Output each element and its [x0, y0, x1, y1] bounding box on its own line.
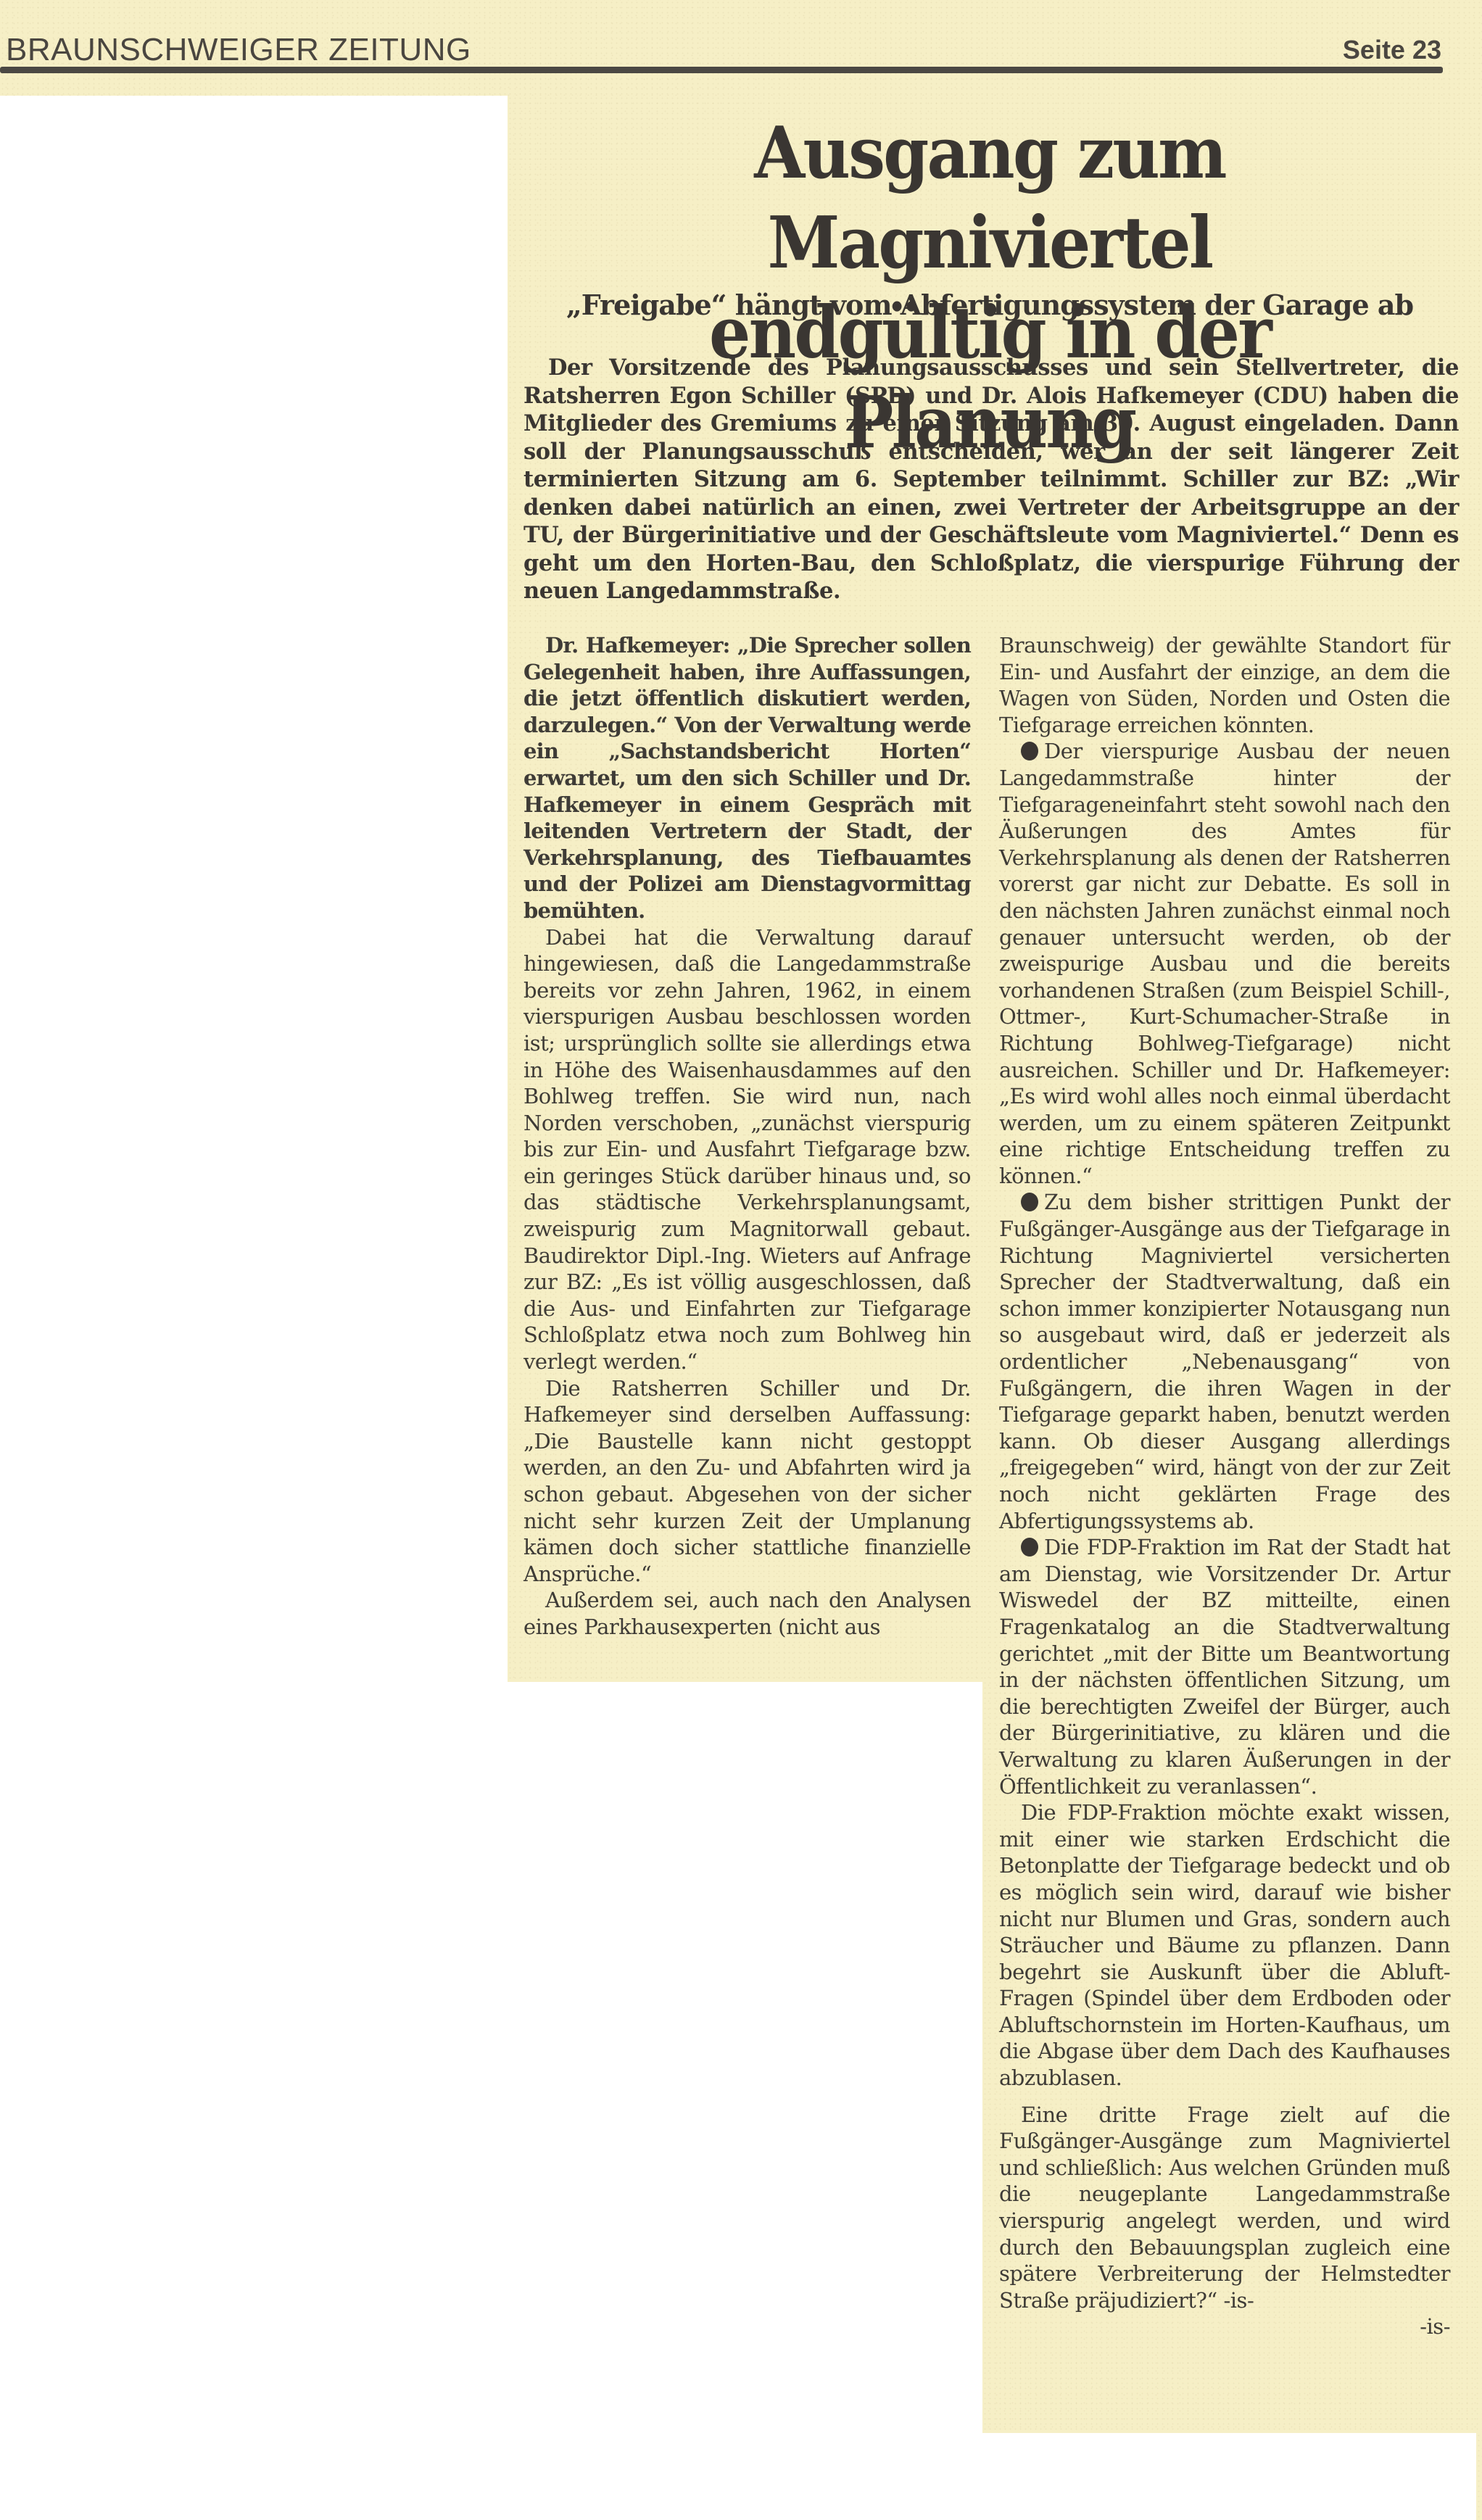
- paragraph: Außerdem sei, auch nach den Analysen ein…: [523, 1587, 971, 1640]
- paragraph: Braunschweig) der gewählte Standort für …: [999, 632, 1450, 738]
- paragraph-text: Die FDP-Fraktion im Rat der Stadt hat am…: [999, 1535, 1450, 1798]
- bullet-paragraph: Der vierspurige Ausbau der neuen Langeda…: [999, 738, 1450, 1189]
- paragraph: Dr. Hafkemeyer: „Die Sprecher sollen Gel…: [523, 632, 971, 924]
- article-subheadline: „Freigabe“ hängt vom Abfertigungssystem …: [522, 289, 1457, 321]
- bullet-dot-icon: [1021, 742, 1038, 760]
- newspaper-masthead: BRAUNSCHWEIGER ZEITUNG: [6, 32, 471, 68]
- article-lead: Der Vorsitzende des Planungsausschusses …: [523, 354, 1459, 605]
- author-signature-repeat: -is-: [999, 2313, 1450, 2340]
- article-column-right: Braunschweig) der gewählte Standort für …: [999, 632, 1450, 2340]
- bullet-paragraph: Die FDP-Fraktion im Rat der Stadt hat am…: [999, 1534, 1450, 1799]
- paragraph: Die FDP-Fraktion möchte exakt wissen, mi…: [999, 1799, 1450, 2092]
- paragraph-text: Zu dem bisher strittigen Punkt der Fußgä…: [999, 1190, 1450, 1533]
- bullet-paragraph: Zu dem bisher strittigen Punkt der Fußgä…: [999, 1189, 1450, 1534]
- paper-edge-sliver: [1476, 2433, 1482, 2520]
- masthead-rule: [0, 67, 1443, 73]
- headline-line-1: Ausgang zum Magniviertel: [560, 109, 1420, 289]
- bullet-dot-icon: [1021, 1538, 1038, 1557]
- paragraph: Eine dritte Frage zielt auf die Fußgänge…: [999, 2102, 1450, 2314]
- page-number: Seite 23: [1343, 35, 1441, 65]
- article-column-left: Dr. Hafkemeyer: „Die Sprecher sollen Gel…: [523, 632, 971, 1641]
- paragraph-text: Der vierspurige Ausbau der neuen Langeda…: [999, 739, 1450, 1188]
- paper-header-strip: BRAUNSCHWEIGER ZEITUNG Seite 23: [0, 0, 1482, 96]
- paragraph-text: Eine dritte Frage zielt auf die Fußgänge…: [999, 2102, 1450, 2313]
- spacer: [999, 2092, 1450, 2102]
- bullet-dot-icon: [1021, 1193, 1038, 1211]
- author-signature: -is-: [1223, 2288, 1254, 2313]
- paragraph: Dabei hat die Verwaltung darauf hingewie…: [523, 924, 971, 1375]
- paragraph: Die Ratsherren Schiller und Dr. Hafkemey…: [523, 1375, 971, 1588]
